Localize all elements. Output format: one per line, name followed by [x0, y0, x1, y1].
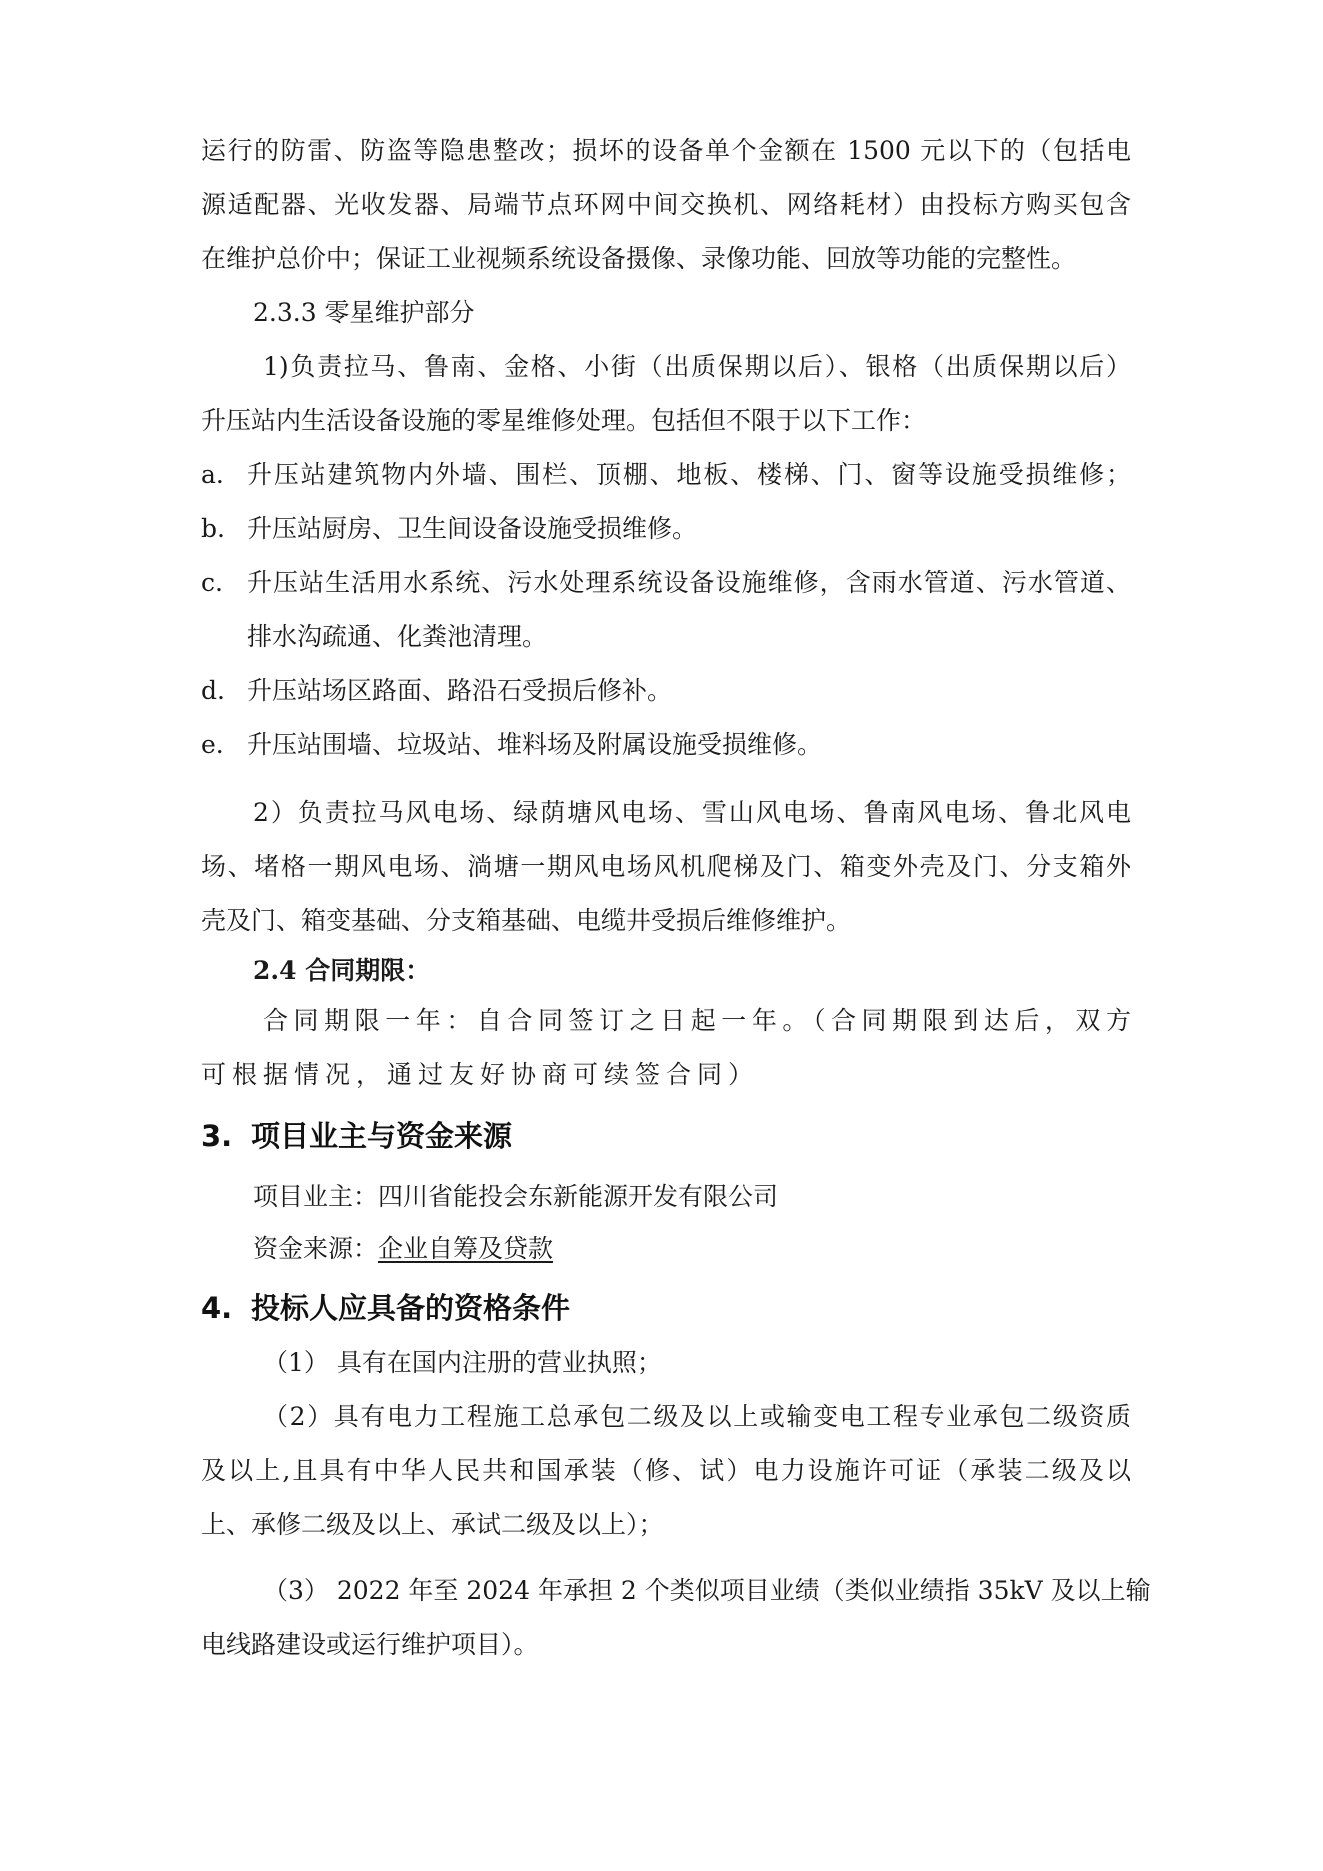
list-item-text: 升压站围墙、垃圾站、堆料场及附属设施受损维修。: [247, 728, 1131, 762]
paragraph-line: 壳及门、箱变基础、分支箱基础、电缆井受损后维修维护。: [201, 904, 1131, 938]
paragraph-line: 2）负责拉马风电场、绿荫塘风电场、雪山风电场、鲁南风电场、鲁北风电: [253, 796, 1131, 830]
paragraph-line: 1)负责拉马、鲁南、金格、小街（出质保期以后）、银格（出质保期以后）: [263, 350, 1131, 384]
paragraph-line: 上、承修二级及以上、承试二级及以上）；: [201, 1508, 1131, 1542]
requirement-1: （1） 具有在国内注册的营业执照；: [263, 1346, 1131, 1380]
list-marker: a.: [201, 458, 247, 492]
paragraph-line: 运行的防雷、防盗等隐患整改；损坏的设备单个金额在 1500 元以下的（包括电: [201, 134, 1131, 168]
paragraph-line: （2）具有电力工程施工总承包二级及以上或输变电工程专业承包二级资质: [263, 1400, 1131, 1434]
list-item-text: 升压站生活用水系统、污水处理系统设备设施维修，含雨水管道、污水管道、: [247, 566, 1131, 600]
paragraph-line: 合同期限一年：自合同签订之日起一年。（合同期限到达后，双方: [263, 1004, 1131, 1038]
paragraph-line: 及以上,且具有中华人民共和国承装（修、试）电力设施许可证（承装二级及以: [201, 1454, 1131, 1488]
list-item-text: 升压站场区路面、路沿石受损后修补。: [247, 674, 1131, 708]
owner-line: 项目业主：四川省能投会东新能源开发有限公司: [253, 1180, 1131, 1214]
paragraph-line: 可根据情况，通过友好协商可续签合同）: [201, 1058, 1131, 1092]
section-title: 项目业主与资金来源: [251, 1119, 512, 1153]
document-page: 运行的防雷、防盗等隐患整改；损坏的设备单个金额在 1500 元以下的（包括电 源…: [0, 0, 1323, 1871]
list-item-b: b.升压站厨房、卫生间设备设施受损维修。: [201, 512, 1131, 546]
section-heading-3: 3.项目业主与资金来源: [201, 1116, 512, 1156]
paragraph-line: 源适配器、光收发器、局端节点环网中间交换机、网络耗材）由投标方购买包含: [201, 188, 1131, 222]
list-item-e: e.升压站围墙、垃圾站、堆料场及附属设施受损维修。: [201, 728, 1131, 762]
list-item-text: 升压站厨房、卫生间设备设施受损维修。: [247, 512, 1131, 546]
owner-label: 项目业主：: [253, 1182, 378, 1211]
section-number: 4.: [201, 1288, 251, 1328]
funding-value: 企业自筹及贷款: [378, 1234, 553, 1263]
list-marker: d.: [201, 674, 247, 708]
section-number: 3.: [201, 1116, 251, 1156]
funding-line: 资金来源：企业自筹及贷款: [253, 1232, 1131, 1266]
section-heading-4: 4.投标人应具备的资格条件: [201, 1288, 570, 1328]
list-item-d: d.升压站场区路面、路沿石受损后修补。: [201, 674, 1131, 708]
list-marker: b.: [201, 512, 247, 546]
paragraph-line: （3） 2022 年至 2024 年承担 2 个类似项目业绩（类似业绩指 35k…: [263, 1574, 1131, 1608]
list-item-a: a.升压站建筑物内外墙、围栏、顶棚、地板、楼梯、门、窗等设施受损维修；: [201, 458, 1131, 492]
paragraph-line: 升压站内生活设备设施的零星维修处理。包括但不限于以下工作：: [201, 404, 1131, 438]
owner-value: 四川省能投会东新能源开发有限公司: [378, 1182, 778, 1211]
list-item-text: 升压站建筑物内外墙、围栏、顶棚、地板、楼梯、门、窗等设施受损维修；: [247, 458, 1131, 492]
subsection-heading-2-3-3: 2.3.3 零星维护部分: [253, 296, 1131, 330]
paragraph-line: 在维护总价中；保证工业视频系统设备摄像、录像功能、回放等功能的完整性。: [201, 242, 1131, 276]
paragraph-line: 场、堵格一期风电场、淌塘一期风电场风机爬梯及门、箱变外壳及门、分支箱外: [201, 850, 1131, 884]
list-item-continuation: 排水沟疏通、化粪池清理。: [247, 620, 1131, 654]
section-title: 投标人应具备的资格条件: [251, 1291, 570, 1325]
list-marker: c.: [201, 566, 247, 600]
subsection-heading-2-4: 2.4 合同期限：: [253, 954, 1131, 988]
funding-label: 资金来源：: [253, 1234, 378, 1263]
list-marker: e.: [201, 728, 247, 762]
paragraph-line: 电线路建设或运行维护项目）。: [201, 1628, 1131, 1662]
list-item-c: c.升压站生活用水系统、污水处理系统设备设施维修，含雨水管道、污水管道、: [201, 566, 1131, 600]
